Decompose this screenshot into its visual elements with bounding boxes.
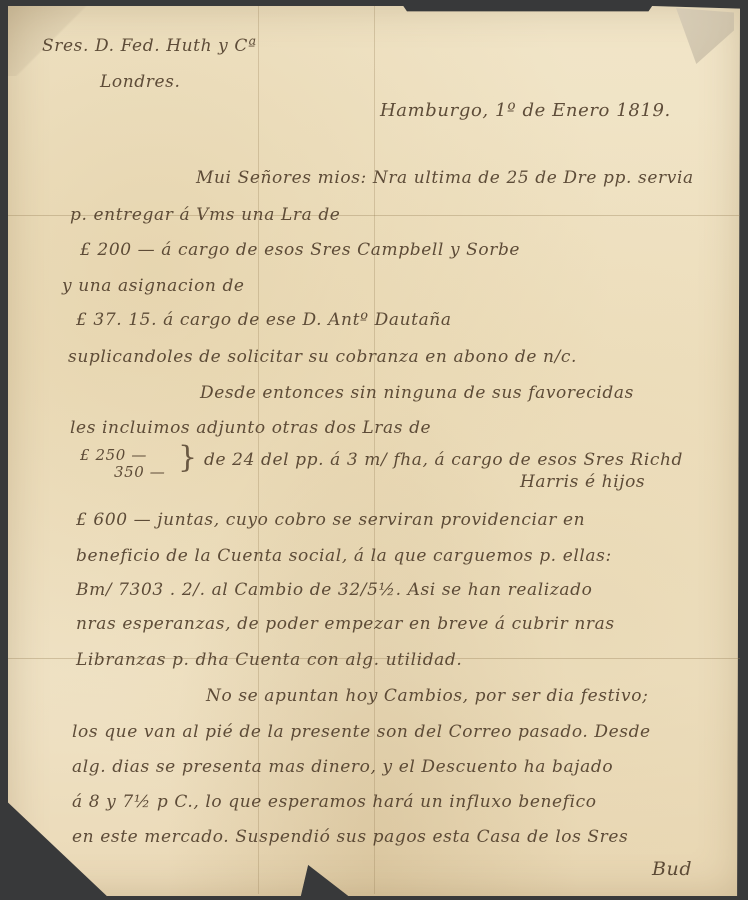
dateline: Hamburgo, 1º de Enero 1819. bbox=[380, 100, 671, 121]
body-line: los que van al pié de la presente son de… bbox=[72, 722, 651, 742]
body-line: nras esperanzas, de poder empezar en bre… bbox=[76, 614, 615, 634]
body-line: Mui Señores mios: Nra ultima de 25 de Dr… bbox=[196, 168, 694, 188]
body-line: de 24 del pp. á 3 m/ fha, á cargo de eso… bbox=[204, 450, 683, 470]
scanned-letter: Sres. D. Fed. Huth y Cª Londres. Hamburg… bbox=[0, 0, 748, 900]
body-line: y una asignacion de bbox=[62, 276, 245, 296]
body-line: £ 200 — á cargo de esos Sres Campbell y … bbox=[80, 240, 520, 260]
body-line: á 8 y 7½ p C., lo que esperamos hará un … bbox=[72, 792, 597, 812]
recipient-city: Londres. bbox=[100, 72, 180, 92]
amount-second: 350 — bbox=[114, 463, 165, 481]
body-line: beneficio de la Cuenta social, á la que … bbox=[76, 546, 612, 566]
amount-value: 250 — bbox=[96, 446, 147, 464]
body-line: Harris é hijos bbox=[520, 472, 645, 492]
body-line: alg. dias se presenta mas dinero, y el D… bbox=[72, 757, 613, 777]
recipient-line: Sres. D. Fed. Huth y Cª bbox=[42, 36, 257, 56]
body-line: No se apuntan hoy Cambios, por ser dia f… bbox=[206, 686, 648, 706]
body-line: £ 37. 15. á cargo de ese D. Antº Dautaña bbox=[76, 310, 452, 330]
body-line: Bm/ 7303 . 2/. al Cambio de 32/5½. Asi s… bbox=[76, 580, 592, 600]
body-line: Libranzas p. dha Cuenta con alg. utilida… bbox=[76, 650, 462, 670]
body-line: £ 600 — juntas, cuyo cobro se serviran p… bbox=[76, 510, 585, 530]
brace-glyph: } bbox=[178, 440, 197, 475]
body-line: suplicandoles de solicitar su cobranza e… bbox=[68, 347, 577, 367]
body-line: les incluimos adjunto otras dos Lras de bbox=[70, 418, 431, 438]
body-line: p. entregar á Vms una Lra de bbox=[70, 205, 340, 225]
body-line: Desde entonces sin ninguna de sus favore… bbox=[200, 383, 634, 403]
catchword: Bud bbox=[652, 858, 692, 880]
body-line: en este mercado. Suspendió sus pagos est… bbox=[72, 827, 628, 847]
amount-first: £ 250 — bbox=[80, 446, 147, 464]
